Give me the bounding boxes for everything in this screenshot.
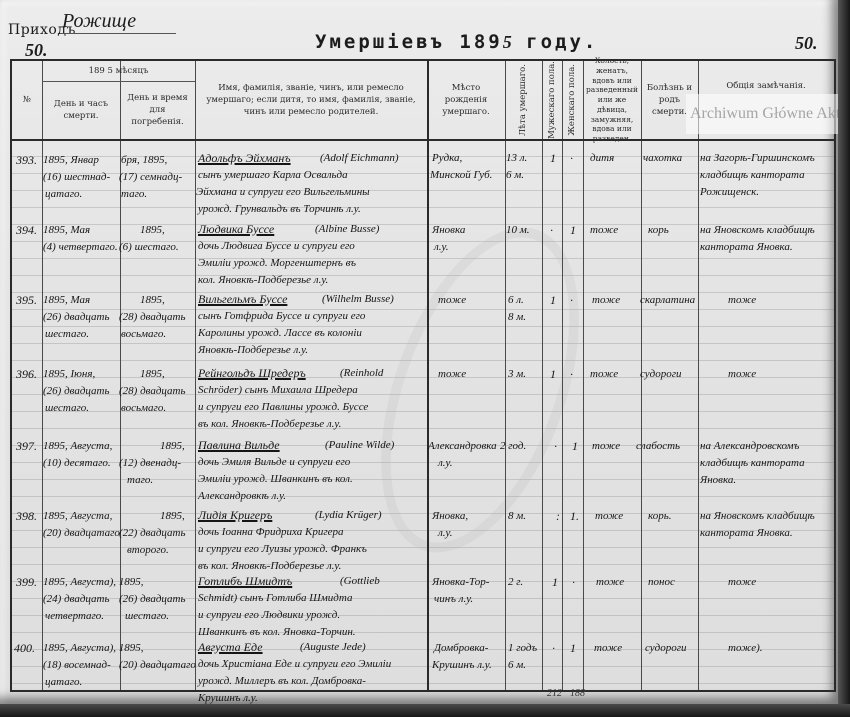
burial-time: (6) шестаго. — [119, 239, 179, 256]
burial-time: (28) двадцать — [119, 309, 186, 326]
deceased-name: Рейнгольдъ Шредеръ — [198, 365, 306, 382]
col-header-birthplace: Мѣсто рожденія умершаго. — [427, 61, 505, 139]
male-count: · — [552, 640, 555, 657]
male-count: 1 — [550, 150, 556, 167]
death-date: 1895, Августа, — [43, 438, 112, 455]
col-header-number: № — [12, 61, 42, 139]
female-count: 1 — [570, 640, 576, 657]
death-hour-cont: шестаго. — [45, 326, 89, 343]
cause-of-death: слабость — [636, 438, 680, 455]
deceased-description: Schmidt) сынъ Готлиба Шмидта — [198, 590, 352, 607]
death-hour: (4) четвертаго. — [43, 239, 118, 256]
birthplace-cont: л.у. — [434, 239, 449, 256]
female-count: · — [570, 366, 573, 383]
archive-watermark: Archiwum Główne Akt — [686, 94, 838, 134]
deceased-description: кол. Яновкѣ-Подберезье л.у. — [198, 272, 328, 289]
page-title: Умершiевъ 1895 году. — [315, 31, 598, 53]
age: 2 год. — [500, 438, 526, 455]
age-cont: 6 м. — [506, 167, 524, 184]
deceased-name: Людвика Буссе — [198, 221, 274, 238]
folio-number-right: 50. — [795, 33, 818, 54]
cause-of-death: понос — [648, 574, 675, 591]
deceased-name-latin: (Gottlieb — [340, 573, 380, 590]
entry-number: 400. — [14, 640, 35, 657]
birthplace: Яновка, — [432, 508, 468, 525]
death-hour: (10) десятаго. — [43, 455, 111, 472]
cause-of-death: скарлатина — [640, 292, 695, 309]
cause-of-death: корь — [648, 222, 669, 239]
deceased-name: Павлина Вильде — [198, 437, 280, 454]
cause-of-death: судороги — [645, 640, 687, 657]
burial-time: (20) двадцатаго — [119, 657, 196, 674]
remarks: тоже — [728, 574, 756, 591]
cause-of-death: корь. — [648, 508, 671, 525]
marital-status: тоже — [592, 438, 620, 455]
deceased-name: Адольфъ Эйхманъ — [198, 150, 291, 167]
birthplace: Яновка — [432, 222, 465, 239]
burial-time: (28) двадцать — [119, 383, 186, 400]
deceased-description: Schröder) сынъ Михаила Шредера — [198, 382, 358, 399]
remarks: Рожищенск. — [700, 184, 759, 201]
entry-number: 394. — [16, 222, 37, 239]
col-header-name: Имя, фамилія, званіе, чинъ, или ремесло … — [195, 61, 427, 139]
deceased-name: Лидія Кригеръ — [198, 507, 272, 524]
deceased-name-latin: (Pauline Wilde) — [325, 437, 394, 454]
male-count: 1 — [550, 366, 556, 383]
male-count: 1 — [550, 292, 556, 309]
deceased-description: Эмиліи урожд. Шванкинъ въ кол. — [198, 471, 353, 488]
deceased-description: дочь Іоанна Фридриха Кригера — [198, 524, 344, 541]
remarks: кантората Яновка. — [700, 525, 793, 542]
deceased-name: Августа Еде — [198, 639, 263, 656]
birthplace-cont: Минской Губ. — [430, 167, 492, 184]
deceased-description: урожд. Грунвальдъ въ Торчинѣ л.у. — [198, 201, 361, 218]
male-total: 212 — [547, 688, 562, 699]
birthplace: Домбровка- — [434, 640, 488, 657]
death-hour: (24) двадцать — [43, 591, 110, 608]
marital-status: тоже — [595, 508, 623, 525]
remarks: тоже — [728, 366, 756, 383]
burial-date: 1895, — [160, 438, 185, 455]
deceased-name-latin: (Reinhold — [340, 365, 383, 382]
burial-time: (17) семнадц- — [119, 169, 182, 186]
deceased-description: дочь Христіана Еде и супруги его Эмиліи — [198, 656, 391, 673]
deceased-description: Эмиліи урожд. Моргенштернъ въ — [198, 255, 356, 272]
deceased-description: Александровкѣ л.у. — [198, 488, 286, 505]
burial-date: бря, 1895, — [121, 152, 167, 169]
deceased-description: дочь Эмиля Вильде и супруги его — [198, 454, 350, 471]
death-hour-cont: четвертаго. — [45, 608, 104, 625]
deceased-description: и супруги его Людвики урожд. — [198, 607, 340, 624]
burial-time-cont: восьмаго. — [121, 400, 166, 417]
birthplace: Рудка, — [432, 150, 462, 167]
burial-time-cont: шестаго. — [125, 608, 169, 625]
deceased-description: Крушинъ л.у. — [198, 690, 258, 704]
deceased-description: сынъ умершаго Карла Освальда — [198, 167, 348, 184]
death-hour-cont: цатаго. — [45, 674, 82, 691]
entry-number: 393. — [16, 152, 37, 169]
death-hour-cont: шестаго. — [45, 400, 89, 417]
burial-time-cont: второго. — [127, 542, 169, 559]
birthplace: тоже — [438, 292, 466, 309]
death-hour-cont: цатаго. — [45, 186, 82, 203]
death-date: 1895, Мая — [43, 222, 90, 239]
death-date: 1895, Январ — [43, 152, 99, 169]
col-header-age: Лѣта умершаго. — [505, 61, 542, 139]
deceased-description: Яновкѣ-Подберезье л.у. — [198, 342, 308, 359]
remarks: тоже — [728, 292, 756, 309]
document-frame: Приходъ Рожище 50. Умершiевъ 1895 году. … — [0, 0, 850, 717]
female-count: · — [570, 150, 573, 167]
death-date: 1895, Мая — [43, 292, 90, 309]
burial-time: (26) двадцать — [119, 591, 186, 608]
male-count: · — [554, 438, 557, 455]
deceased-name-latin: (Albine Busse) — [315, 221, 379, 238]
cause-of-death: чахотка — [643, 150, 682, 167]
marital-status: тоже — [594, 640, 622, 657]
deceased-description: дочь Людвига Буссе и супруги его — [198, 238, 355, 255]
deceased-description: и супруги его Луизы урожд. Франкъ — [198, 541, 367, 558]
col-header-female: Женскаго пола. — [562, 61, 583, 139]
birthplace: Яновка-Тор- — [432, 574, 489, 591]
age: 8 м. — [508, 508, 526, 525]
col-header-year-month: 189 5 мѣсяцъ — [42, 61, 195, 81]
parish-name: Рожище — [60, 10, 176, 34]
deceased-name-latin: (Wilhelm Busse) — [322, 291, 394, 308]
remarks: на Александровскомъ — [700, 438, 799, 455]
burial-date: 1895, — [140, 292, 165, 309]
entry-number: 396. — [16, 366, 37, 383]
marital-status: дитя — [590, 150, 614, 167]
marital-status: тоже — [592, 292, 620, 309]
age: 13 л. — [506, 150, 527, 167]
page-header: Приходъ Рожище 50. Умершiевъ 1895 году. … — [0, 0, 838, 58]
remarks: Яновка. — [700, 472, 736, 489]
male-count: : — [556, 508, 560, 525]
age: 2 г. — [508, 574, 523, 591]
remarks: кладбищѣ кантората — [700, 167, 805, 184]
remarks: на Яновскомъ кладбищѣ — [700, 508, 815, 525]
deceased-name: Готлибъ Шмидтъ — [198, 573, 292, 590]
marital-status: тоже — [590, 222, 618, 239]
entry-number: 398. — [16, 508, 37, 525]
burial-time: (12) двенадц- — [119, 455, 181, 472]
col-header-marital-status: Холость, женатъ, вдовъ или разведенный и… — [583, 61, 641, 139]
burial-date: 1895, — [160, 508, 185, 525]
age: 10 м. — [506, 222, 530, 239]
female-count: 1. — [570, 508, 579, 525]
male-count: · — [550, 222, 553, 239]
birthplace: тоже — [438, 366, 466, 383]
page-edge-shadow-bottom — [0, 704, 850, 717]
entry-number: 395. — [16, 292, 37, 309]
female-total: 188 — [570, 688, 585, 699]
death-hour: (26) двадцать — [43, 309, 110, 326]
age-cont: 6 м. — [508, 657, 526, 674]
female-count: · — [570, 292, 573, 309]
birthplace-cont: чинъ л.у. — [434, 591, 473, 608]
folio-number-left: 50. — [25, 40, 48, 61]
burial-date: 1895, — [140, 222, 165, 239]
title-prefix: Умершiевъ 189 — [315, 31, 503, 53]
deceased-description: въ кол. Яновкѣ-Подберезье л.у. — [198, 416, 341, 433]
remarks: на Загорѣ-Гиршинскомъ — [700, 150, 815, 167]
entry-number: 399. — [16, 574, 37, 591]
male-count: 1 — [552, 574, 558, 591]
age: 6 л. — [508, 292, 524, 309]
female-count: 1 — [570, 222, 576, 239]
burial-time-cont: таго. — [127, 472, 153, 489]
remarks: кладбищѣ кантората — [700, 455, 805, 472]
death-hour: (16) шестнад- — [43, 169, 110, 186]
deceased-name-latin: (Auguste Jede) — [300, 639, 366, 656]
death-date: 1895, Іюня, — [43, 366, 95, 383]
deceased-description: Каролины урожд. Лассе въ колоніи — [198, 325, 362, 342]
death-hour: (20) двадцатаго — [43, 525, 120, 542]
title-year-handwritten: 5 — [503, 32, 512, 52]
deceased-name-latin: (Lydia Krüger) — [315, 507, 382, 524]
deceased-name: Вильгельмъ Буссе — [198, 291, 287, 308]
deceased-description: Эйхмана и супруги его Вильгельмины — [196, 184, 370, 201]
age: 1 годъ — [508, 640, 537, 657]
age-cont: 8 м. — [508, 309, 526, 326]
col-header-death-day: День и часъ смерти. — [42, 81, 120, 139]
deceased-description: сынъ Готфрида Буссе и супруги его — [198, 308, 365, 325]
title-suffix: году. — [512, 31, 599, 53]
death-date: 1895, Августа, — [43, 508, 112, 525]
female-count: 1 — [572, 438, 578, 455]
female-count: · — [572, 574, 575, 591]
marital-status: тоже — [596, 574, 624, 591]
burial-time-cont: таго. — [121, 186, 147, 203]
burial-time: (22) двадцать — [119, 525, 186, 542]
entry-number: 397. — [16, 438, 37, 455]
col-header-burial-day: День и время для погребенія. — [120, 81, 195, 139]
burial-date: 1895, — [140, 366, 165, 383]
death-hour: (18) восемнад- — [43, 657, 111, 674]
remarks: на Яновскомъ кладбищѣ — [700, 222, 815, 239]
deceased-description: и супруги его Павлины урожд. Буссе — [198, 399, 368, 416]
death-hour: (26) двадцать — [43, 383, 110, 400]
cause-of-death: судороги — [640, 366, 682, 383]
deceased-name-latin: (Adolf Eichmann) — [320, 150, 399, 167]
remarks: тоже). — [728, 640, 763, 657]
birthplace-cont: Крушинъ л.у. — [432, 657, 492, 674]
marital-status: тоже — [590, 366, 618, 383]
death-date: 1895, Августа), 1895, — [43, 640, 144, 657]
birthplace: Александровка — [428, 438, 497, 455]
death-date: 1895, Августа), 1895, — [43, 574, 144, 591]
deceased-description: урожд. Миллеръ въ кол. Домбровка- — [198, 673, 366, 690]
remarks: кантората Яновка. — [700, 239, 793, 256]
col-header-male: Мужескаго пола. — [542, 61, 562, 139]
birthplace-cont: л.у. — [438, 525, 453, 542]
burial-time-cont: восьмаго. — [121, 326, 166, 343]
page-edge-shadow-right — [838, 0, 850, 717]
age: 3 м. — [508, 366, 526, 383]
register-page: Приходъ Рожище 50. Умершiевъ 1895 году. … — [0, 0, 838, 704]
birthplace-cont: л.у. — [438, 455, 453, 472]
